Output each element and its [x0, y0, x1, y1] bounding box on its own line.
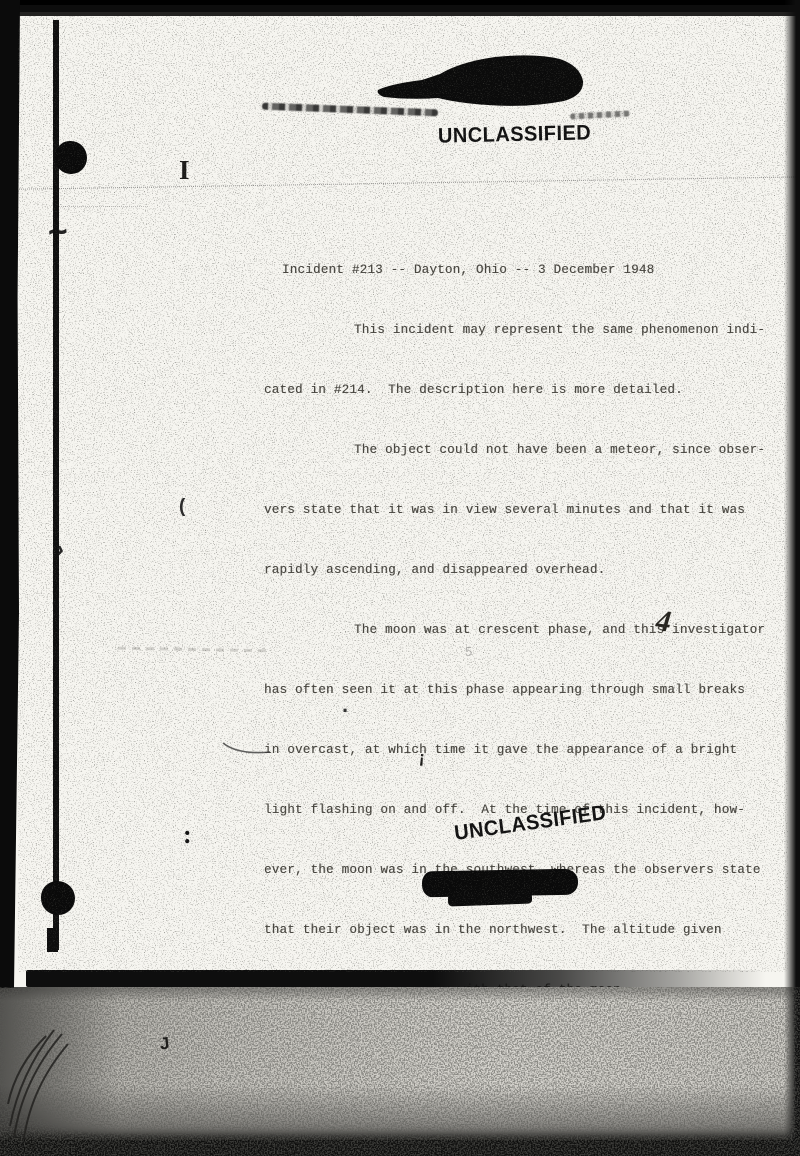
scratch-marks	[2, 1026, 80, 1150]
scan-top-border	[0, 0, 800, 16]
typed-line: has often seen it at this phase appearin…	[264, 674, 764, 706]
typed-line: This incident may represent the same phe…	[264, 314, 764, 346]
typed-line: rapidly ascending, and disappeared overh…	[264, 554, 764, 586]
punch-hole-top	[55, 141, 87, 174]
typed-line: The object could not have been a meteor,…	[264, 434, 764, 466]
typed-line: in overcast, at which time it gave the a…	[264, 734, 764, 766]
faint-dotted-rule-short	[58, 206, 148, 207]
scan-left-border	[0, 0, 20, 988]
typed-text-block: Incident #213 -- Dayton, Ohio -- 3 Decem…	[264, 226, 764, 1034]
typed-line: The moon was at crescent phase, and this…	[264, 614, 764, 646]
typed-line: cated in #214. The description here is m…	[264, 374, 764, 406]
binding-line-stub	[47, 928, 58, 952]
typed-line: vers state that it was in view several m…	[264, 494, 764, 526]
scanner-bed-area	[0, 987, 800, 1156]
margin-tick-mark: I	[179, 155, 190, 186]
pencil-arc-mark	[220, 735, 275, 760]
scan-bottom-band	[0, 1140, 800, 1156]
faint-numeral-mark: 5	[465, 644, 472, 659]
faint-dotted-rule	[0, 176, 800, 190]
document-heading: Incident #213 -- Dayton, Ohio -- 3 Decem…	[264, 254, 764, 286]
small-paren-mark: (	[179, 496, 185, 518]
stray-dot-mark: .	[342, 692, 348, 718]
page-bottom-edge-bar	[26, 970, 766, 987]
unclassified-stamp-top: UNCLASSIFIED	[438, 121, 592, 148]
scan-right-border	[784, 0, 800, 1156]
typed-line: that their object was in the northwest. …	[264, 914, 764, 946]
punch-hole-bottom	[41, 881, 75, 915]
scan-bed-j-mark: J	[159, 1034, 171, 1055]
faint-pencil-wave	[118, 647, 270, 653]
redaction-blob-top	[360, 50, 600, 125]
double-dot-mark: :	[183, 820, 192, 850]
scanned-document-page: Incident #213 -- Dayton, Ohio -- 3 Decem…	[0, 0, 800, 1156]
